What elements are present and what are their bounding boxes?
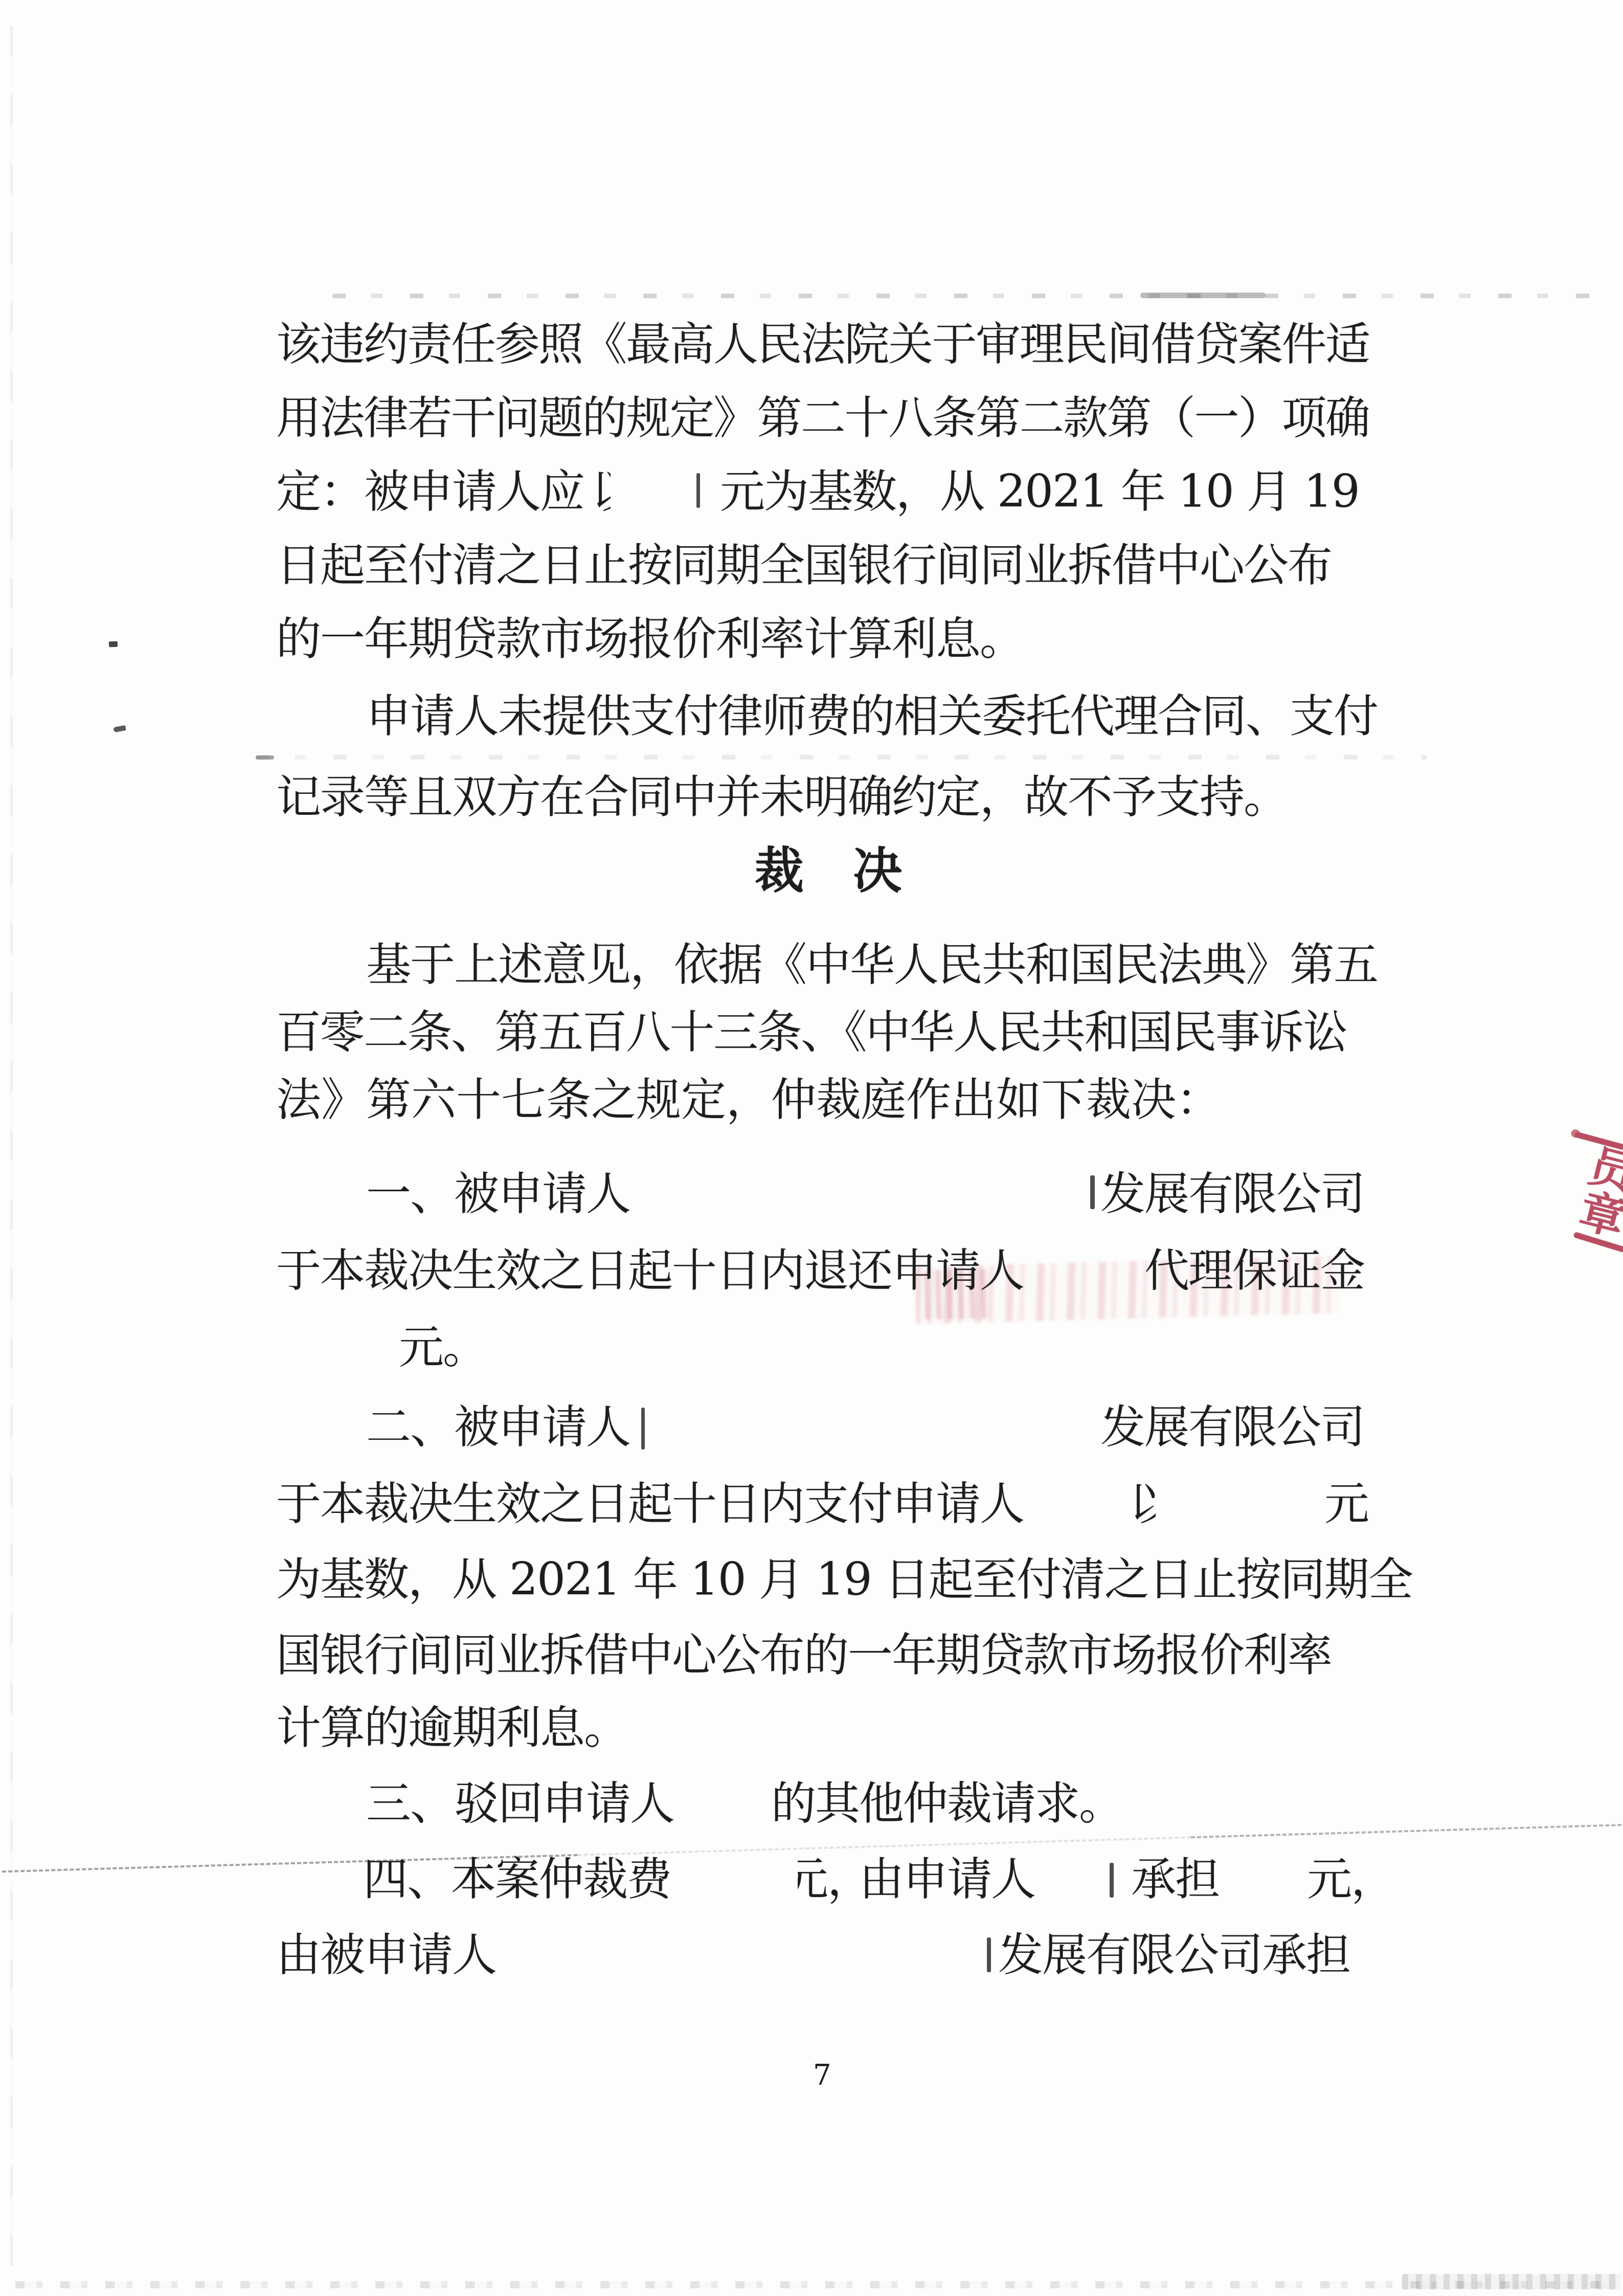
text-segment: 发展有限公司承担 — [998, 1930, 1350, 1979]
text-line: 由被申请人 发展有限公司承担 — [0, 1930, 1623, 1981]
scan-speck-icon — [109, 641, 118, 648]
text-line: 计算的逾期利息。 — [276, 1703, 628, 1754]
text-line: 该违约责任参照《最高人民法院关于审理民间借贷案件适 — [276, 320, 1369, 371]
text-segment: 该违约责任参照《最高人民法院关于审理民间借贷案件适 — [276, 318, 1369, 370]
text-segment: 记录等且双方在合同中并未明确约定，故不予支持。 — [276, 770, 1288, 823]
text-segment: 为基数，从 2021 年 10 月 19 日起至付清之日止按同期全 — [276, 1553, 1412, 1606]
partial-glyph: 以 — [1129, 1479, 1156, 1528]
text-line: 于本裁决生效之日起十日内支付申请人 以 元 — [0, 1479, 1623, 1530]
text-segment: 国银行间同业拆借中心公布的一年期贷款市场报价利率 — [276, 1629, 1332, 1681]
bottom-edge-speckle-band — [15, 2281, 1611, 2288]
text-segment: 四、本案仲裁费 — [363, 1855, 671, 1904]
smudge-row-mid-left-dash — [256, 755, 274, 760]
page-number: 7 — [813, 2060, 831, 2091]
text-segment: 基于上述意见，依据《中华人民共和国民法典》第五 — [366, 938, 1378, 991]
text-segment: 元， — [1307, 1855, 1395, 1904]
text-segment: 定：被申请人应 — [276, 467, 584, 516]
text-segment: 的其他仲裁请求。 — [771, 1779, 1123, 1828]
text-line: 一、被申请人 发展有限公司 — [0, 1169, 1623, 1220]
text-segment: 的一年期贷款市场报价利率计算利息。 — [276, 612, 1024, 665]
partial-glyph: 以 — [591, 467, 611, 516]
text-segment: 元。 — [399, 1321, 487, 1373]
text-segment: 法》第六十七条之规定，仲裁庭作出如下裁决： — [276, 1073, 1221, 1126]
text-segment: 发展有限公司 — [1100, 1169, 1364, 1218]
text-line: 三、驳回申请人 的其他仲裁请求。 — [0, 1779, 1623, 1830]
text-line: 国银行间同业拆借中心公布的一年期贷款市场报价利率 — [276, 1631, 1332, 1682]
text-segment: 由被申请人 — [276, 1930, 496, 1979]
redaction-remnant — [1090, 1175, 1095, 1209]
scan-speck-icon — [113, 725, 126, 732]
text-line: 为基数，从 2021 年 10 月 19 日起至付清之日止按同期全 — [276, 1555, 1412, 1606]
scanned-arbitration-award-page: 员 章 该违约责任参照《最高人民法院关于审理民间借贷案件适 用法律若干问题的规定… — [0, 0, 1623, 2296]
text-line: 定：被申请人应 以 元为基数，从 2021 年 10 月 19 — [0, 467, 1623, 518]
text-line: 基于上述意见，依据《中华人民共和国民法典》第五 — [366, 940, 1378, 991]
text-segment: 代理保证金 — [1144, 1246, 1364, 1295]
text-line: 用法律若干问题的规定》第二十八条第二款第（一）项确 — [276, 393, 1369, 444]
text-segment-clipped: 以 — [1129, 1479, 1156, 1529]
left-edge-scan-line — [10, 26, 13, 2266]
text-segment: 发展有限公司 — [1100, 1402, 1364, 1452]
text-line: 记录等且双方在合同中并未明确约定，故不予支持。 — [276, 772, 1288, 823]
text-segment: 元 — [1324, 1479, 1368, 1528]
smudge-row-top-dark-segment — [1140, 293, 1266, 298]
text-segment: 承担 — [1131, 1855, 1219, 1904]
redaction-remnant — [696, 473, 700, 508]
text-segment: 三、驳回申请人 — [366, 1779, 674, 1828]
redaction-remnant — [1110, 1863, 1114, 1898]
text-segment: 于本裁决生效之日起十日内退还申请人 — [276, 1246, 1024, 1295]
text-line: 的一年期贷款市场报价利率计算利息。 — [276, 614, 1024, 665]
text-segment: 日起至付清之日止按同期全国银行间同业拆借中心公布 — [276, 539, 1332, 591]
section-heading-caijue: 裁 决 — [755, 844, 902, 897]
text-line: 于本裁决生效之日起十日内退还申请人 代理保证金 — [0, 1246, 1623, 1297]
smudge-row-top — [332, 294, 1595, 298]
text-segment: 由申请人 — [859, 1855, 1035, 1904]
text-segment: 二、被申请人 — [366, 1402, 630, 1452]
text-line: 法》第六十七条之规定，仲裁庭作出如下裁决： — [276, 1075, 1221, 1126]
text-segment: 于本裁决生效之日起十日内支付申请人 — [276, 1479, 1024, 1528]
text-segment: 申请人未提供支付律师费的相关委托代理合同、支付 — [366, 689, 1378, 742]
smudge-row-mid — [256, 755, 1427, 760]
text-line: 申请人未提供支付律师费的相关委托代理合同、支付 — [366, 692, 1378, 743]
text-segment-clipped: 以 — [591, 467, 611, 517]
text-line: 元。 — [399, 1323, 487, 1374]
text-segment: 一、被申请人 — [366, 1169, 630, 1218]
text-line: 四、本案仲裁费 元， 由申请人 承担 元， — [0, 1855, 1623, 1906]
redaction-remnant — [641, 1408, 645, 1450]
text-segment: 用法律若干问题的规定》第二十八条第二款第（一）项确 — [276, 391, 1369, 444]
text-line: 百零二条、第五百八十三条、《中华人民共和国民事诉讼 — [276, 1008, 1347, 1059]
text-line: 日起至付清之日止按同期全国银行间同业拆借中心公布 — [276, 541, 1332, 592]
text-segment: 计算的逾期利息。 — [276, 1701, 628, 1754]
bottom-right-speckle-patch — [1402, 2274, 1621, 2289]
text-segment: 百零二条、第五百八十三条、《中华人民共和国民事诉讼 — [276, 1006, 1347, 1058]
text-line: 二、被申请人 发展有限公司 — [0, 1402, 1623, 1454]
redaction-remnant — [987, 1937, 991, 1972]
text-segment: 元为基数，从 2021 年 10 月 19 — [720, 467, 1359, 516]
